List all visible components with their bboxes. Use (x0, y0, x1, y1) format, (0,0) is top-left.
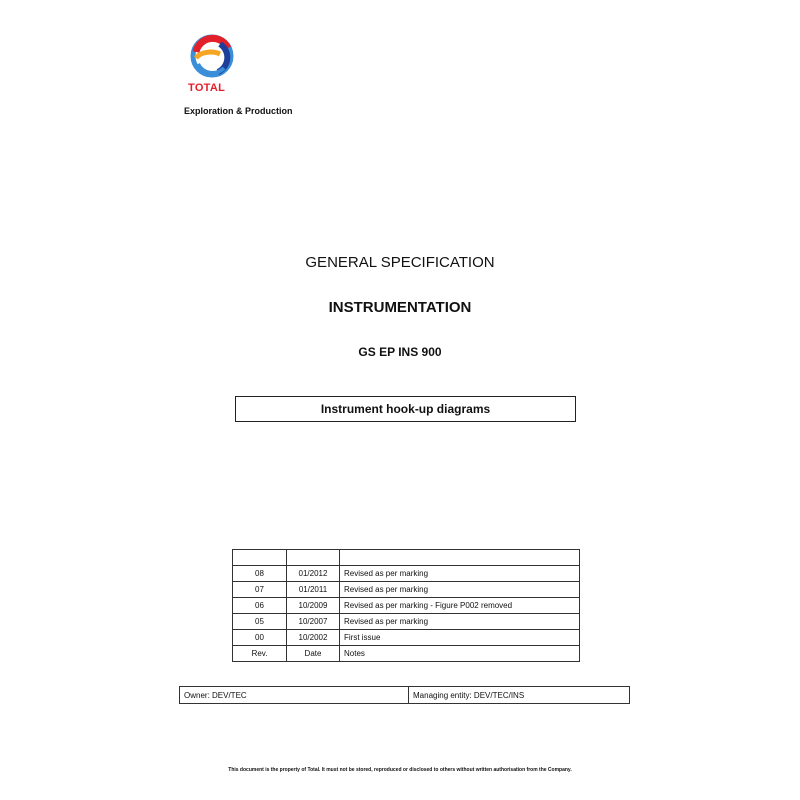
owner-cell: Owner: DEV/TEC (180, 687, 409, 704)
notes-cell (340, 550, 580, 566)
ownership-table: Owner: DEV/TEC Managing entity: DEV/TEC/… (179, 686, 630, 704)
table-row: 0801/2012Revised as per marking (233, 566, 580, 582)
rev-cell: 05 (233, 614, 287, 630)
notes-cell: Revised as per marking (340, 582, 580, 598)
brand-name: TOTAL (188, 82, 225, 94)
rev-cell: 08 (233, 566, 287, 582)
spec-subject: INSTRUMENTATION (0, 299, 800, 316)
date-header: Date (287, 646, 340, 662)
table-row: 0010/2002First issue (233, 630, 580, 646)
spec-code: GS EP INS 900 (0, 345, 800, 359)
document-title-text: Instrument hook-up diagrams (321, 402, 490, 416)
notes-cell: First issue (340, 630, 580, 646)
rev-cell: 07 (233, 582, 287, 598)
table-row (233, 550, 580, 566)
date-cell: 01/2012 (287, 566, 340, 582)
rev-cell (233, 550, 287, 566)
confidentiality-notice: This document is the property of Total. … (0, 767, 800, 773)
date-cell: 01/2011 (287, 582, 340, 598)
date-cell: 10/2007 (287, 614, 340, 630)
date-cell (287, 550, 340, 566)
document-title: Instrument hook-up diagrams (235, 396, 576, 422)
total-logo-icon (190, 34, 234, 78)
table-header-row: Rev.DateNotes (233, 646, 580, 662)
notes-cell: Revised as per marking - Figure P002 rem… (340, 598, 580, 614)
table-row: 0510/2007Revised as per marking (233, 614, 580, 630)
notes-header: Notes (340, 646, 580, 662)
managing-entity-cell: Managing entity: DEV/TEC/INS (409, 687, 630, 704)
notes-cell: Revised as per marking (340, 614, 580, 630)
rev-cell: 00 (233, 630, 287, 646)
spec-type: GENERAL SPECIFICATION (0, 254, 800, 271)
rev-cell: 06 (233, 598, 287, 614)
document-page: TOTAL Exploration & Production GENERAL S… (0, 0, 800, 800)
rev-header: Rev. (233, 646, 287, 662)
table-row: 0701/2011Revised as per marking (233, 582, 580, 598)
date-cell: 10/2009 (287, 598, 340, 614)
revision-table: 0801/2012Revised as per marking0701/2011… (232, 549, 580, 662)
notes-cell: Revised as per marking (340, 566, 580, 582)
table-row: 0610/2009Revised as per marking - Figure… (233, 598, 580, 614)
division-label: Exploration & Production (184, 106, 293, 116)
date-cell: 10/2002 (287, 630, 340, 646)
